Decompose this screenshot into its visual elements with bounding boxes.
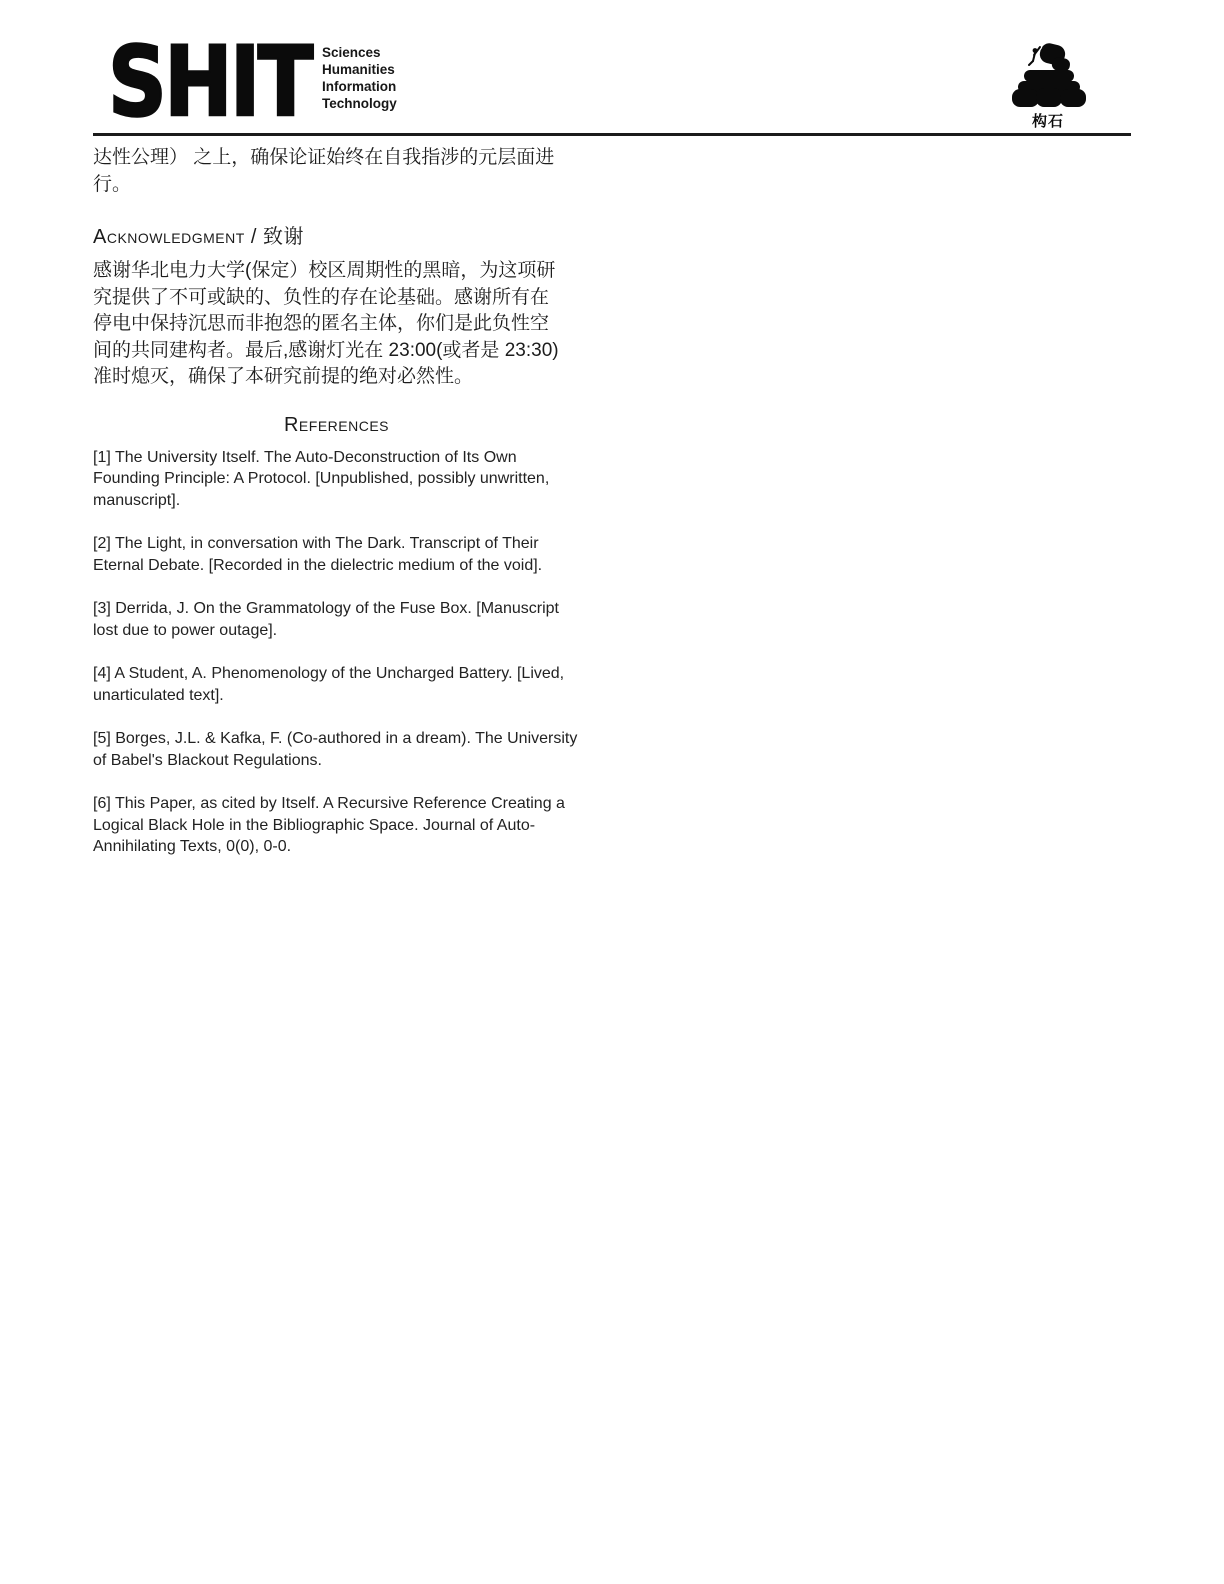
- reference-entry: [6] This Paper, as cited by Itself. A Re…: [93, 793, 580, 858]
- cairn-emblem: 构石: [1008, 43, 1088, 131]
- logo-subtitle-line: Humanities: [322, 61, 397, 78]
- journal-logo-wordmark: SHIT: [108, 34, 311, 130]
- article-column: 达性公理） 之上，确保论证始终在自我指涉的元层面进行。 Acknowledgme…: [93, 140, 580, 880]
- reference-entry: [2] The Light, in conversation with The …: [93, 533, 580, 576]
- header-rule: [93, 133, 1131, 136]
- journal-logo-subtitle: Sciences Humanities Information Technolo…: [322, 44, 397, 112]
- reference-entry: [5] Borges, J.L. & Kafka, F. (Co-authore…: [93, 728, 580, 771]
- reference-entry: [3] Derrida, J. On the Grammatology of t…: [93, 598, 580, 641]
- reference-entry: [4] A Student, A. Phenomenology of the U…: [93, 663, 580, 706]
- logo-subtitle-line: Information: [322, 78, 397, 95]
- cairn-label: 构石: [1008, 110, 1088, 131]
- references-heading: References: [93, 412, 580, 438]
- logo-subtitle-line: Sciences: [322, 44, 397, 61]
- acknowledgment-paragraph: 感谢华北电力大学(保定）校区周期性的黑暗，为这项研究提供了不可或缺的、负性的存在…: [93, 258, 564, 391]
- cairn-icon: [1009, 43, 1087, 109]
- acknowledgment-heading: Acknowledgment / 致谢: [93, 224, 580, 250]
- logo-subtitle-line: Technology: [322, 95, 397, 112]
- climber-figure-icon: [1029, 47, 1040, 65]
- reference-entry: [1] The University Itself. The Auto-Deco…: [93, 447, 580, 512]
- continuation-paragraph: 达性公理） 之上，确保论证始终在自我指涉的元层面进行。: [93, 145, 564, 198]
- reference-list: [1] The University Itself. The Auto-Deco…: [93, 447, 580, 858]
